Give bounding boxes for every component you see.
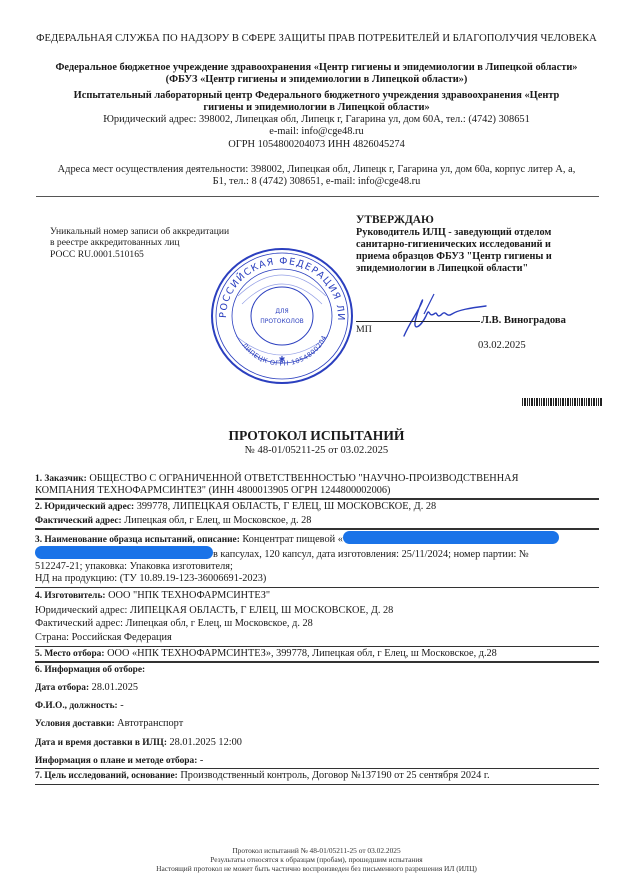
lab-name-line1: Испытательный лабораторный центр Федерал… <box>0 90 633 102</box>
agency-name: ФЕДЕРАЛЬНАЯ СЛУЖБА ПО НАДЗОРУ В СФЕРЕ ЗА… <box>0 33 633 45</box>
section-sampling-place: 5. Место отбора: ООО «НПК ТЕХНОФАРМСИНТЕ… <box>35 648 599 660</box>
purpose-value: Производственный контроль, Договор №1371… <box>178 770 490 781</box>
section-divider <box>35 646 599 648</box>
section-divider <box>35 587 599 589</box>
redaction-block <box>343 531 559 544</box>
stamp-center-line2: ПРОТОКОЛОВ <box>260 318 304 325</box>
approver-position-line1: Руководитель ИЛЦ - заведующий отделом <box>356 227 552 239</box>
accreditation-line1: Уникальный номер записи об аккредитации <box>50 226 229 237</box>
sampling-date-label: Дата отбора: <box>35 683 89 693</box>
sampling-plan-value: - <box>197 755 203 766</box>
sample-value-line3: 512247-21; упаковка: Упаковка изготовите… <box>35 561 599 573</box>
accreditation-line2: в реестре аккредитованных лиц <box>50 237 229 248</box>
approval-date: 03.02.2025 <box>478 340 526 351</box>
protocol-sections: 1. Заказчик: ОБЩЕСТВО С ОГРАНИЧЕННОЙ ОТВ… <box>35 473 599 786</box>
section-divider <box>35 768 599 770</box>
organization-name: Федеральное бюджетное учреждение здравоо… <box>0 62 633 86</box>
svg-text:✱: ✱ <box>279 355 286 364</box>
protocol-number: № 48-01/05211-25 от 03.02.2025 <box>0 445 633 456</box>
legal-address-value: 399778, ЛИПЕЦКАЯ ОБЛАСТЬ, Г ЕЛЕЦ, Ш МОСК… <box>134 501 436 512</box>
manufacturer-label: 4. Изготовитель: <box>35 591 106 601</box>
delivery-datetime-label: Дата и время доставки в ИЛЦ: <box>35 738 167 748</box>
section-purpose: 7. Цель исследований, основание: Произво… <box>35 770 599 782</box>
lab-name-line2: гигиены и эпидемиологии в Липецкой облас… <box>0 102 633 114</box>
sampling-date-value: 28.01.2025 <box>89 682 138 693</box>
page-footer: Протокол испытаний № 48-01/05211-25 от 0… <box>0 846 633 874</box>
redaction-block <box>35 546 213 559</box>
section-divider <box>35 661 599 663</box>
delivery-datetime-value: 28.01.2025 12:00 <box>167 737 242 748</box>
sampler-person-value: - <box>118 700 124 711</box>
sampling-place-value: ООО «НПК ТЕХНОФАРМСИНТЕЗ», 399778, Липец… <box>105 648 497 659</box>
purpose-label: 7. Цель исследований, основание: <box>35 771 178 781</box>
sample-standard: НД на продукцию: (ТУ 10.89.19-123-360066… <box>35 573 599 585</box>
approver-position-line3: приема образцов ФБУЗ "Центр гигиены и <box>356 251 552 263</box>
customer-value-line2: КОМПАНИЯ ТЕХНОФАРМСИНТЕЗ" (ИНН 480001390… <box>35 485 599 497</box>
ogrn-inn: ОГРН 1054800204073 ИНН 4826045274 <box>0 139 633 151</box>
delivery-conditions-value: Автотранспорт <box>115 718 184 729</box>
official-seal-icon: РОССИЙСКАЯ ФЕДЕРАЦИЯ ЛИПЕЦКАЯ ОБЛАСТЬ ЛИ… <box>208 246 356 386</box>
activity-addresses: Адреса мест осуществления деятельности: … <box>0 164 633 189</box>
approval-block: УТВЕРЖДАЮ Руководитель ИЛЦ - заведующий … <box>356 213 552 275</box>
manufacturer-fact-address: Фактический адрес: Липецкая обл, г Елец,… <box>35 617 599 631</box>
sample-value-start: Концентрат пищевой « <box>240 534 343 545</box>
customer-label: 1. Заказчик: <box>35 474 87 484</box>
footer-results-note: Результаты относятся к образцам (пробам)… <box>0 855 633 864</box>
section-manufacturer: 4. Изготовитель: ООО "НПК ТЕХНОФАРМСИНТЕ… <box>35 589 599 644</box>
sampling-info-label: 6. Информация об отборе: <box>35 664 599 676</box>
activity-addresses-line1: Адреса мест осуществления деятельности: … <box>0 164 633 176</box>
manufacturer-legal-address: Юридический адрес: ЛИПЕЦКАЯ ОБЛАСТЬ, Г Е… <box>35 604 599 618</box>
section-divider <box>35 528 599 530</box>
section-sample: 3. Наименование образца испытаний, описа… <box>35 531 599 586</box>
section-divider <box>35 784 599 786</box>
section-divider <box>35 498 599 500</box>
manufacturer-country: Страна: Российская Федерация <box>35 631 599 645</box>
header-divider <box>36 196 599 197</box>
lab-name: Испытательный лабораторный центр Федерал… <box>0 90 633 114</box>
footer-reproduction-note: Настоящий протокол не может быть частичн… <box>0 864 633 873</box>
legal-address: Юридический адрес: 398002, Липецкая обл,… <box>0 114 633 126</box>
stamp-place-label: МП <box>356 324 372 335</box>
legal-address-label: 2. Юридический адрес: <box>35 502 134 512</box>
signature-icon <box>400 292 488 340</box>
organization-full-name: Федеральное бюджетное учреждение здравоо… <box>0 62 633 74</box>
accreditation-info: Уникальный номер записи об аккредитации … <box>50 226 229 260</box>
customer-value-line1: ОБЩЕСТВО С ОГРАНИЧЕННОЙ ОТВЕТСТВЕННОСТЬЮ… <box>87 473 519 484</box>
section-sampling-info: 6. Информация об отборе: Дата отбора: 28… <box>35 664 599 767</box>
signer-name: Л.В. Виноградова <box>481 315 566 326</box>
protocol-title: ПРОТОКОЛ ИСПЫТАНИЙ <box>0 428 633 444</box>
delivery-conditions-label: Условия доставки: <box>35 719 115 729</box>
approver-position-line2: санитарно-гигиенических исследований и <box>356 239 552 251</box>
approver-position-line4: эпидемиологии в Липецкой области" <box>356 263 552 275</box>
approval-title: УТВЕРЖДАЮ <box>356 213 552 227</box>
section-legal-address: 2. Юридический адрес: 399778, ЛИПЕЦКАЯ О… <box>35 501 599 527</box>
fact-address-value: Липецкая обл, г Елец, ш Московское, д. 2… <box>122 515 312 526</box>
organization-short-name: (ФБУЗ «Центр гигиены и эпидемиологии в Л… <box>0 74 633 86</box>
lab-contacts: Юридический адрес: 398002, Липецкая обл,… <box>0 114 633 151</box>
section-customer: 1. Заказчик: ОБЩЕСТВО С ОГРАНИЧЕННОЙ ОТВ… <box>35 473 599 497</box>
sample-label: 3. Наименование образца испытаний, описа… <box>35 535 240 545</box>
manufacturer-value: ООО "НПК ТЕХНОФАРМСИНТЕЗ" <box>106 590 271 601</box>
stamp-center-line1: ДЛЯ <box>275 308 288 315</box>
fact-address-label: Фактический адрес: <box>35 516 122 526</box>
email: e-mail: info@cge48.ru <box>0 126 633 138</box>
activity-addresses-line2: Б1, тел.: 8 (4742) 308651, e-mail: info@… <box>0 176 633 188</box>
sampling-plan-label: Информация о плане и методе отбора: <box>35 756 197 766</box>
sampling-place-label: 5. Место отбора: <box>35 649 105 659</box>
footer-protocol-ref: Протокол испытаний № 48-01/05211-25 от 0… <box>0 846 633 855</box>
accreditation-number: РОСС RU.0001.510165 <box>50 249 229 260</box>
sampler-person-label: Ф.И.О., должность: <box>35 701 118 711</box>
signature-line <box>356 321 480 322</box>
sample-value-line2: в капсулах, 120 капсул, дата изготовлени… <box>213 549 529 560</box>
barcode-icon <box>522 398 614 406</box>
